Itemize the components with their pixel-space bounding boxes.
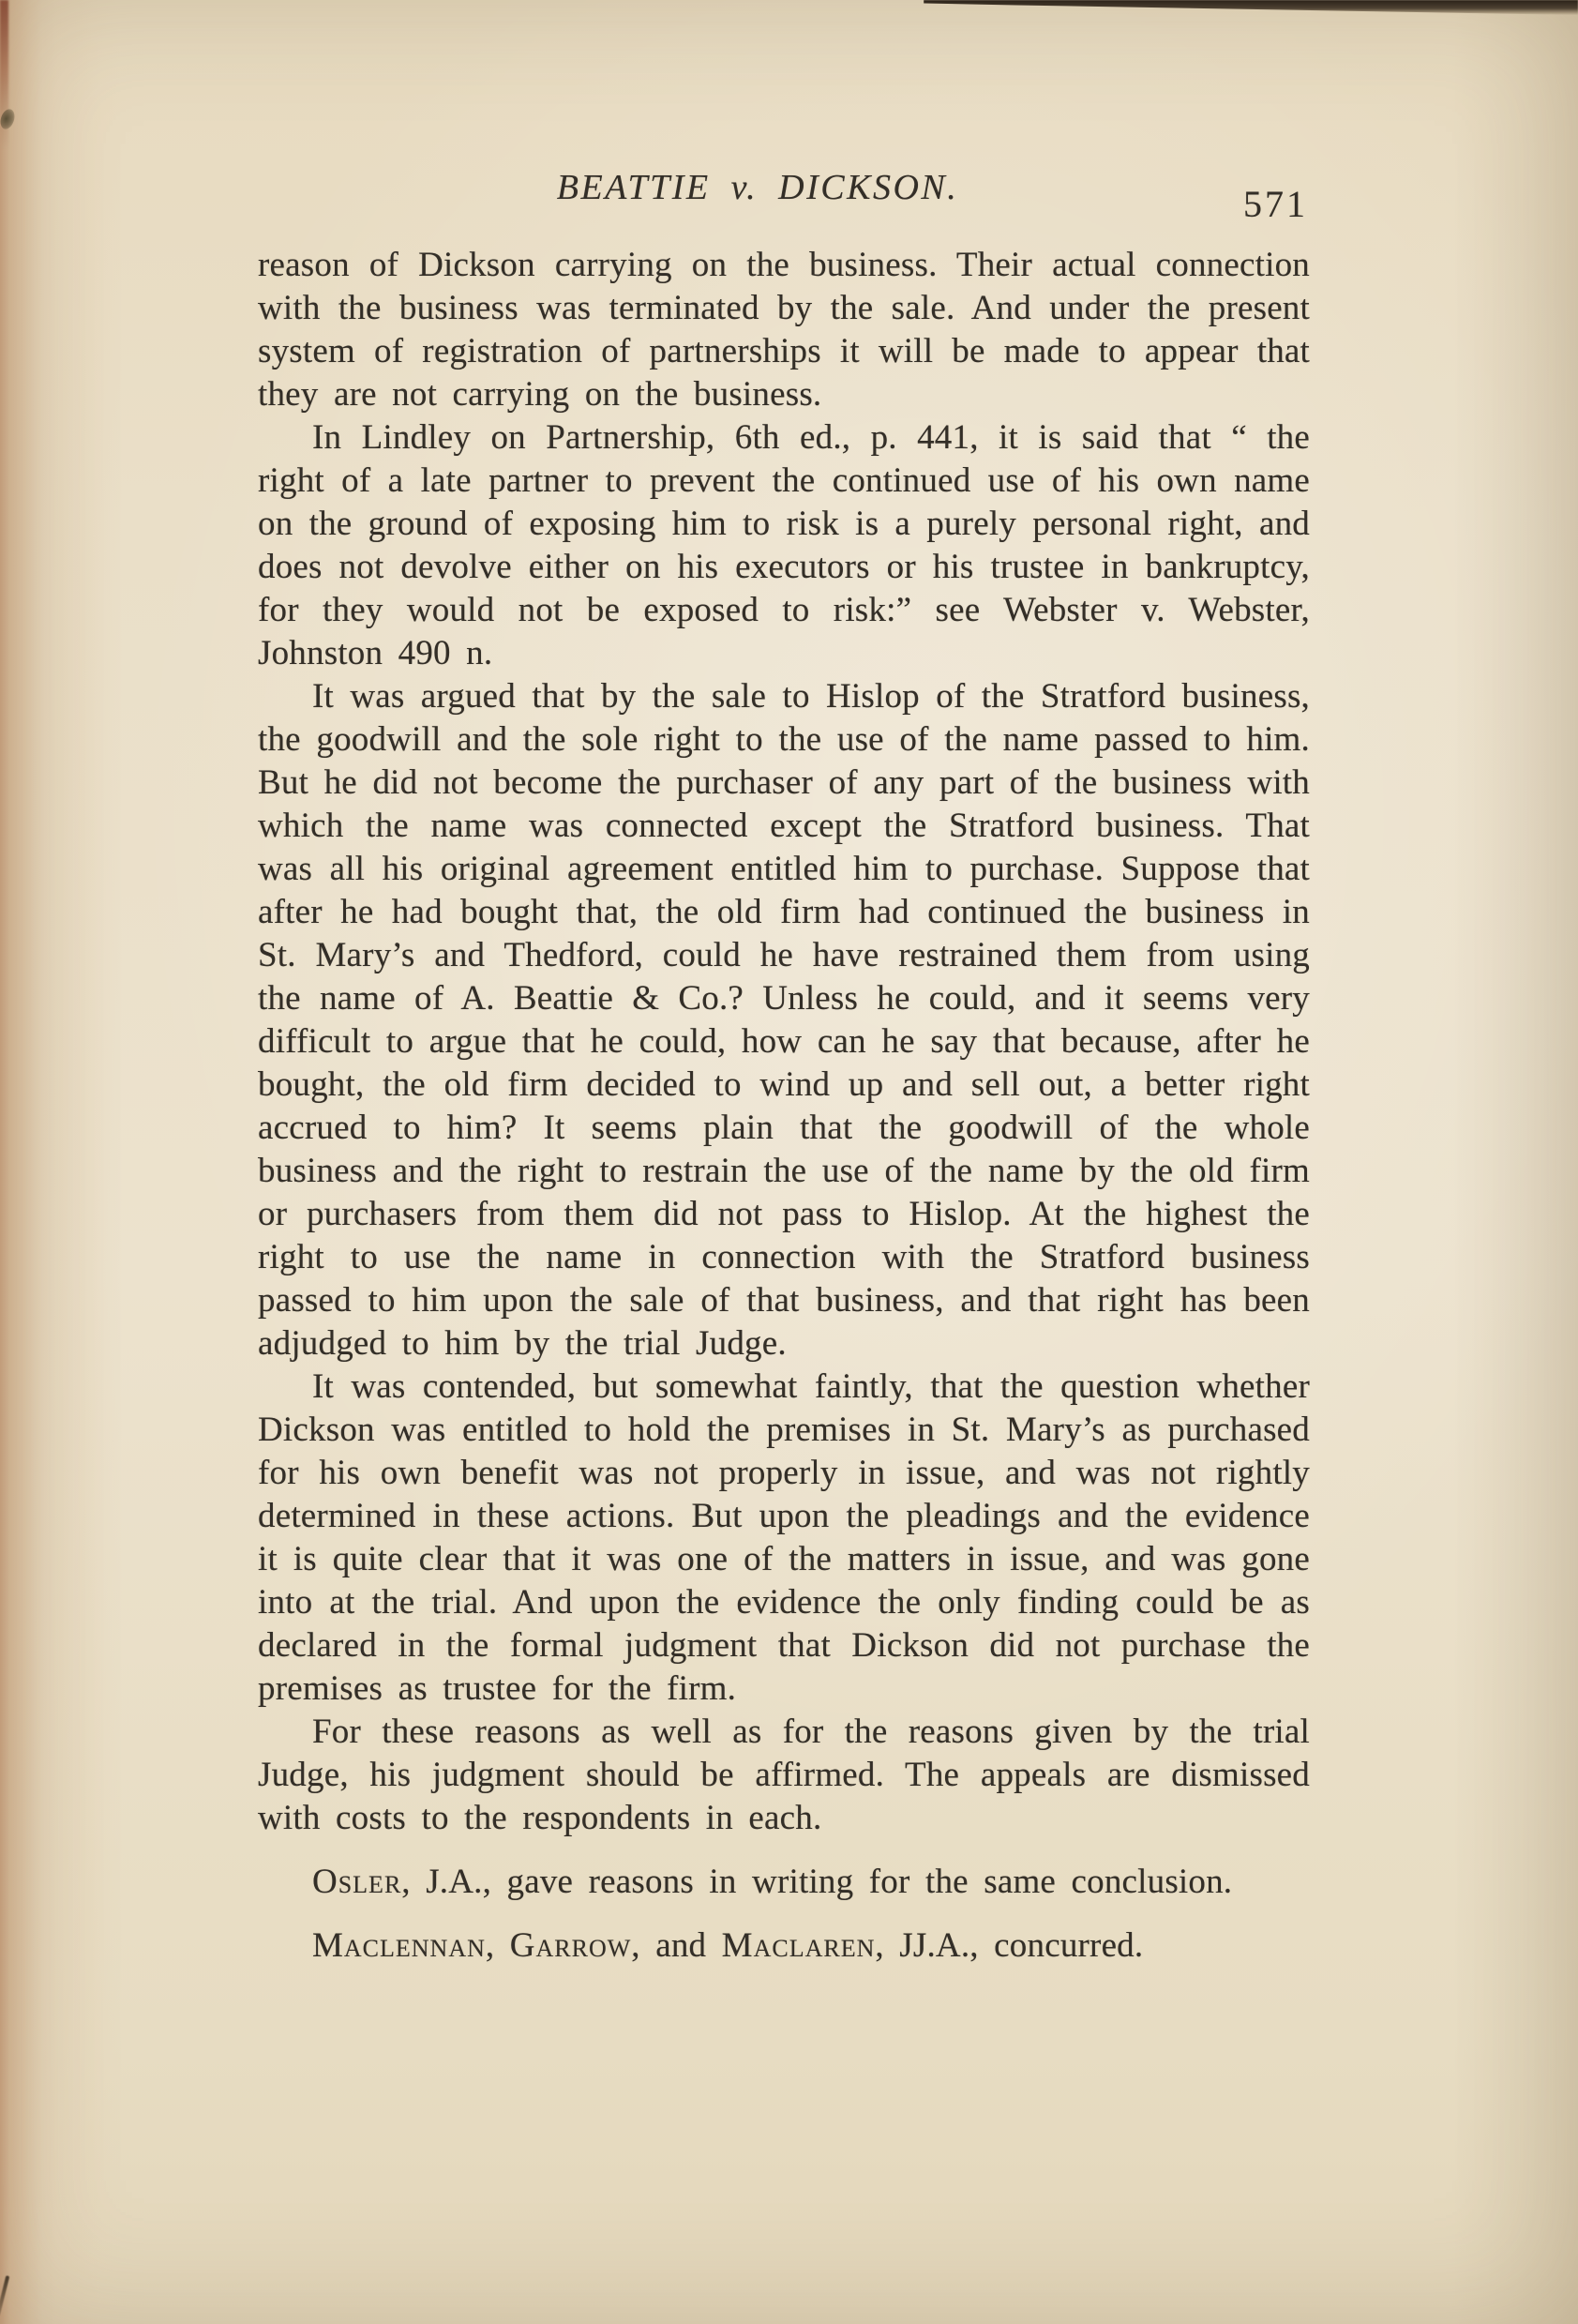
paragraph-text: , J.A., gave reasons in writing for the … bbox=[401, 1863, 1232, 1901]
book-page: BEATTIE v. DICKSON. 571 reason of Dickso… bbox=[0, 0, 1578, 2324]
paragraph-text: , bbox=[486, 1926, 510, 1965]
judge-name: Osler bbox=[312, 1863, 401, 1901]
paragraph: Maclennan, Garrow, and Maclaren, JJ.A., … bbox=[258, 1924, 1310, 1968]
case-title: BEATTIE v. DICKSON. bbox=[232, 167, 1284, 208]
paragraph: It was contended, but somewhat faintly, … bbox=[258, 1366, 1310, 1711]
paragraph-text: In Lindley on Partnership, 6th ed., p. 4… bbox=[258, 418, 1310, 672]
paragraph-text: reason of Dickson carrying on the busine… bbox=[258, 246, 1310, 414]
scan-dark-edge-top-right bbox=[924, 0, 1578, 15]
text-block: reason of Dickson carrying on the busine… bbox=[258, 244, 1310, 1968]
judge-name: Maclaren bbox=[722, 1926, 876, 1965]
paragraph: reason of Dickson carrying on the busine… bbox=[258, 244, 1310, 416]
paragraph-text: , and bbox=[631, 1926, 721, 1965]
paragraph-text: , JJ.A., concurred. bbox=[875, 1926, 1143, 1965]
paragraph: For these reasons as well as for the rea… bbox=[258, 1711, 1310, 1840]
paragraph: It was argued that by the sale to Hislop… bbox=[258, 675, 1310, 1366]
paragraph: Osler, J.A., gave reasons in writing for… bbox=[258, 1861, 1310, 1904]
judge-name: Maclennan bbox=[312, 1926, 486, 1965]
paragraph-text: It was contended, but somewhat faintly, … bbox=[258, 1367, 1310, 1708]
paragraph-text: It was argued that by the sale to Hislop… bbox=[258, 677, 1310, 1363]
paragraph: In Lindley on Partnership, 6th ed., p. 4… bbox=[258, 416, 1310, 675]
paragraph-text: For these reasons as well as for the rea… bbox=[258, 1713, 1310, 1837]
page-number: 571 bbox=[1243, 182, 1308, 226]
judge-name: Garrow bbox=[510, 1926, 632, 1965]
binding-shadow bbox=[0, 0, 113, 2324]
running-head: BEATTIE v. DICKSON. 571 bbox=[258, 167, 1310, 233]
